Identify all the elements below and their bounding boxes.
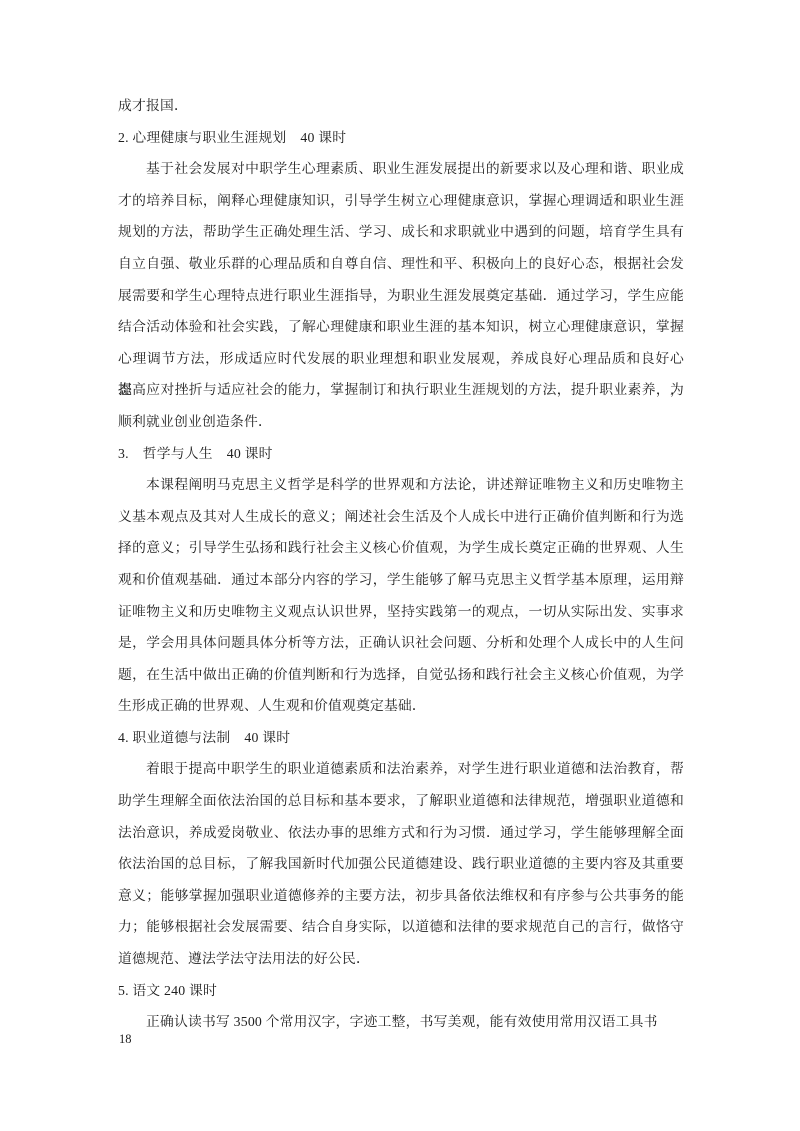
body-line: 才的培养目标，阐释心理健康知识，引导学生树立心理健康意识，掌握心理调适和职业生涯 <box>118 185 684 217</box>
body-line: 着眼于提高中职学生的职业道德素质和法治素养，对学生进行职业道德和法治教育，帮 <box>118 753 684 785</box>
body-line: 顺利就业创业创造条件． <box>118 406 684 438</box>
document-page: 成才报国．2. 心理健康与职业生涯规划 40 课时基于社会发展对中职学生心理素质… <box>0 0 800 1131</box>
section-heading: 5. 语文 240 课时 <box>118 975 684 1007</box>
body-line: 助学生理解全面依法治国的总目标和基本要求，了解职业道德和法律规范，增强职业道德和 <box>118 785 684 817</box>
body-line: 结合活动体验和社会实践，了解心理健康和职业生涯的基本知识，树立心理健康意识，掌握 <box>118 311 684 343</box>
body-line: 提高应对挫折与适应社会的能力，掌握制订和执行职业生涯规划的方法，提升职业素养，为 <box>118 374 684 406</box>
body-line: 题，在生活中做出正确的价值判断和行为选择，自觉弘扬和践行社会主义核心价值观，为学 <box>118 659 684 691</box>
body-line: 观和价值观基础．通过本部分内容的学习，学生能够了解马克思主义哲学基本原理，运用辩 <box>118 564 684 596</box>
body-line: 道德规范、遵法学法守法用法的好公民． <box>118 943 684 975</box>
document-content: 成才报国．2. 心理健康与职业生涯规划 40 课时基于社会发展对中职学生心理素质… <box>118 90 684 1038</box>
body-line: 证唯物主义和历史唯物主义观点认识世界，坚持实践第一的观点，一切从实际出发、实事求 <box>118 596 684 628</box>
body-line: 义基本观点及其对人生成长的意义；阐述社会生活及个人成长中进行正确价值判断和行为选 <box>118 501 684 533</box>
body-line: 心理调节方法，形成适应时代发展的职业理想和职业发展观，养成良好心理品质和良好心态… <box>118 343 684 375</box>
body-line: 依法治国的总目标，了解我国新时代加强公民道德建设、践行职业道德的主要内容及其重要 <box>118 848 684 880</box>
section-heading: 4. 职业道德与法制 40 课时 <box>118 722 684 754</box>
body-line: 意义；能够掌握加强职业道德修养的主要方法，初步具备依法维权和有序参与公共事务的能 <box>118 880 684 912</box>
body-line: 力；能够根据社会发展需要、结合自身实际，以道德和法律的要求规范自己的言行，做恪守 <box>118 911 684 943</box>
body-line: 基于社会发展对中职学生心理素质、职业生涯发展提出的新要求以及心理和谐、职业成 <box>118 153 684 185</box>
section-heading: 3. 哲学与人生 40 课时 <box>118 438 684 470</box>
body-line: 法治意识，养成爱岗敬业、依法办事的思维方式和行为习惯．通过学习，学生能够理解全面 <box>118 817 684 849</box>
section-heading: 2. 心理健康与职业生涯规划 40 课时 <box>118 122 684 154</box>
body-line: 自立自强、敬业乐群的心理品质和自尊自信、理性和平、积极向上的良好心态，根据社会发 <box>118 248 684 280</box>
body-line: 展需要和学生心理特点进行职业生涯指导，为职业生涯发展奠定基础．通过学习，学生应能 <box>118 280 684 312</box>
body-line: 择的意义；引导学生弘扬和践行社会主义核心价值观，为学生成长奠定正确的世界观、人生 <box>118 532 684 564</box>
body-line: 本课程阐明马克思主义哲学是科学的世界观和方法论，讲述辩证唯物主义和历史唯物主 <box>118 469 684 501</box>
body-line: 是，学会用具体问题具体分析等方法，正确认识社会问题、分析和处理个人成长中的人生问 <box>118 627 684 659</box>
body-line: 成才报国． <box>118 90 684 122</box>
body-line: 正确认读书写 3500 个常用汉字，字迹工整，书写美观，能有效使用常用汉语工具书 <box>118 1006 684 1038</box>
page-number: 18 <box>119 1031 132 1047</box>
body-line: 规划的方法，帮助学生正确处理生活、学习、成长和求职就业中遇到的问题，培育学生具有 <box>118 216 684 248</box>
body-line: 生形成正确的世界观、人生观和价值观奠定基础． <box>118 690 684 722</box>
